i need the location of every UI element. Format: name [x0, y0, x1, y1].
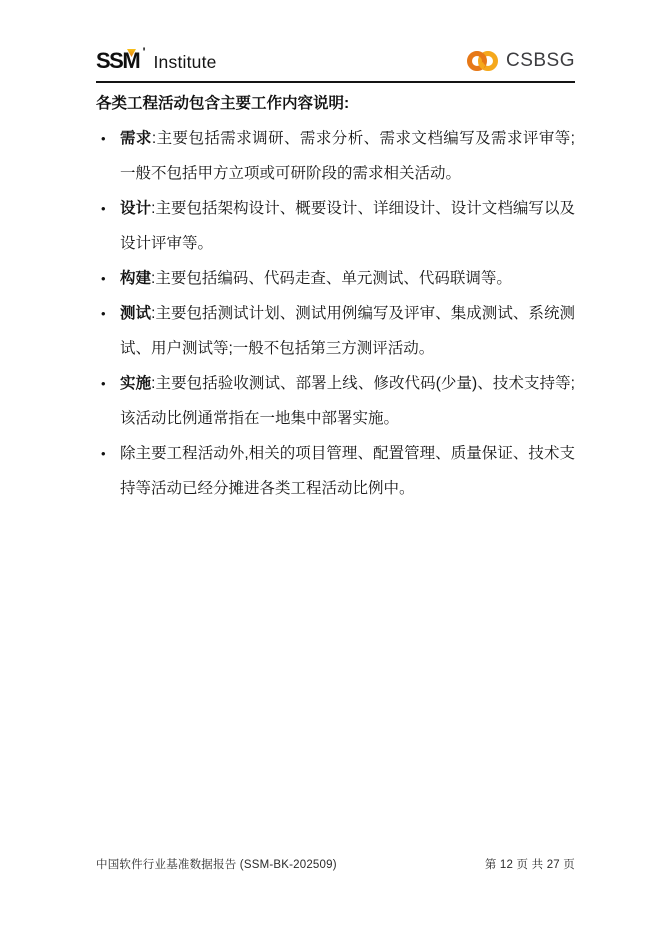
footer-page-number: 第 12 页 共 27 页	[485, 856, 575, 872]
csbsg-logo: CSBSG	[466, 48, 575, 74]
document-page: SSM ' Institute CSBSG 各类工程活动包含主要工作内容说明: …	[0, 0, 662, 936]
list-item-requirements: • 需求:主要包括需求调研、需求分析、需求文档编写及需求评审等;一般不包括甲方立…	[96, 121, 575, 191]
bullet-term: 实施	[120, 375, 151, 392]
bullet-term: 需求	[120, 130, 152, 147]
ssm-prime-mark: '	[143, 45, 146, 59]
section-heading: 各类工程活动包含主要工作内容说明:	[96, 86, 575, 121]
page-footer: 中国软件行业基准数据报告 (SSM-BK-202509) 第 12 页 共 27…	[96, 856, 575, 872]
list-item-other-activities: • 除主要工程活动外,相关的项目管理、配置管理、质量保证、技术支持等活动已经分摊…	[96, 436, 575, 506]
bullet-icon: •	[101, 191, 106, 226]
bullet-text: 除主要工程活动外,相关的项目管理、配置管理、质量保证、技术支持等活动已经分摊进各…	[120, 445, 575, 497]
ssm-institute-logo: SSM ' Institute	[96, 48, 217, 74]
bullet-icon: •	[101, 261, 106, 296]
bullet-text: :主要包括需求调研、需求分析、需求文档编写及需求评审等;一般不包括甲方立项或可研…	[120, 130, 575, 182]
page-header: SSM ' Institute CSBSG	[96, 44, 575, 78]
interlocked-rings-icon	[466, 48, 500, 74]
bullet-text: :主要包括验收测试、部署上线、修改代码(少量)、技术支持等;该活动比例通常指在一…	[120, 375, 575, 427]
bullet-icon: •	[101, 366, 106, 401]
bullet-text: :主要包括编码、代码走查、单元测试、代码联调等。	[151, 270, 512, 287]
list-item-implementation: • 实施:主要包括验收测试、部署上线、修改代码(少量)、技术支持等;该活动比例通…	[96, 366, 575, 436]
bullet-list: • 需求:主要包括需求调研、需求分析、需求文档编写及需求评审等;一般不包括甲方立…	[96, 121, 575, 506]
bullet-term: 测试	[120, 305, 151, 322]
bullet-text: :主要包括架构设计、概要设计、详细设计、设计文档编写以及设计评审等。	[120, 200, 575, 252]
list-item-test: • 测试:主要包括测试计划、测试用例编写及评审、集成测试、系统测试、用户测试等;…	[96, 296, 575, 366]
ssm-wordmark: SSM '	[96, 48, 147, 74]
bullet-icon: •	[101, 436, 106, 471]
header-divider	[96, 81, 575, 83]
bullet-text: :主要包括测试计划、测试用例编写及评审、集成测试、系统测试、用户测试等;一般不包…	[120, 305, 575, 357]
bullet-icon: •	[101, 121, 106, 156]
list-item-build: • 构建:主要包括编码、代码走查、单元测试、代码联调等。	[96, 261, 575, 296]
bullet-term: 构建	[120, 270, 151, 287]
page-body: 各类工程活动包含主要工作内容说明: • 需求:主要包括需求调研、需求分析、需求文…	[96, 86, 575, 506]
footer-doc-title: 中国软件行业基准数据报告 (SSM-BK-202509)	[96, 856, 337, 872]
bullet-icon: •	[101, 296, 106, 331]
ssm-institute-label: Institute	[154, 52, 217, 73]
bullet-term: 设计	[120, 200, 151, 217]
list-item-design: • 设计:主要包括架构设计、概要设计、详细设计、设计文档编写以及设计评审等。	[96, 191, 575, 261]
csbsg-label: CSBSG	[506, 50, 575, 72]
